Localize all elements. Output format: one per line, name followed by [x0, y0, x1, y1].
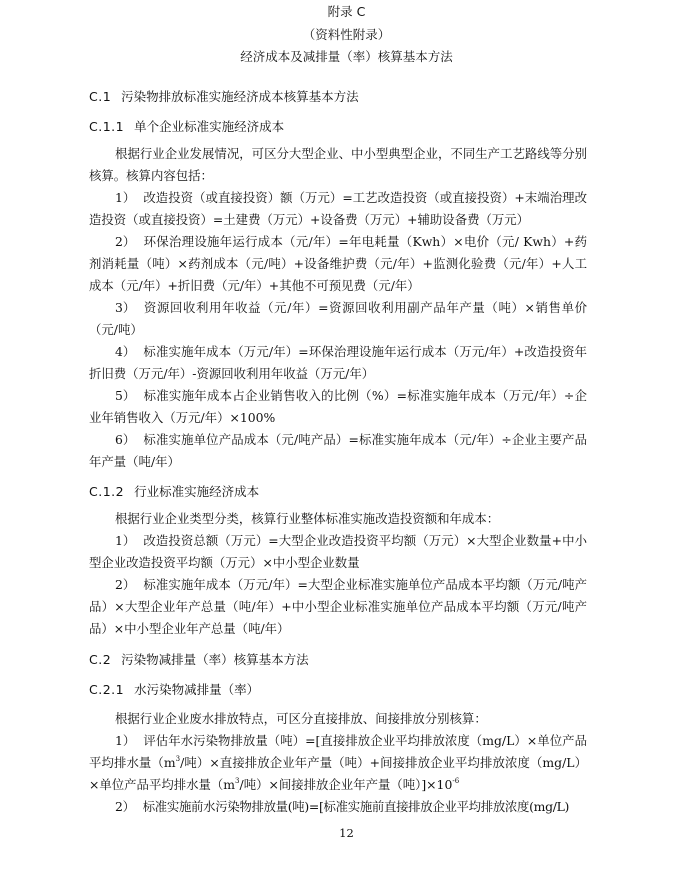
section-title: 行业标准实施经济成本: [134, 484, 259, 499]
section-number: C.1.1: [89, 119, 124, 134]
list-item: 6）标准实施单位产品成本（元/吨产品）=标准实施年成本（元/年）÷企业主要产品年…: [89, 429, 587, 473]
section-heading-c1-1: C.1.1单个企业标准实施经济成本: [89, 117, 284, 135]
section-title: 污染物排放标准实施经济成本核算基本方法: [121, 89, 359, 104]
paragraph-c1-1-intro: 根据行业企业发展情况，可区分大型企业、中小型典型企业，不同生产工艺路线等分别核算…: [89, 143, 587, 187]
list-item: 3）资源回收利用年收益（元/年）=资源回收利用副产品年产量（吨）×销售单价（元/…: [89, 297, 587, 341]
section-title: 污染物减排量（率）核算基本方法: [121, 652, 309, 667]
section-heading-c1-2: C.1.2行业标准实施经济成本: [89, 482, 259, 500]
appendix-type: （资料性附录）: [0, 25, 693, 43]
list-item: 5）标准实施年成本占企业销售收入的比例（%）=标准实施年成本（万元/年）÷企业年…: [89, 385, 587, 429]
list-item: 2）标准实施前水污染物排放量(吨)=[标准实施前直接排放企业平均排放浓度(mg/…: [89, 796, 587, 818]
section-heading-c2-1: C.2.1水污染物减排量（率）: [89, 680, 259, 698]
appendix-title: 经济成本及减排量（率）核算基本方法: [0, 47, 693, 65]
section-number: C.2: [89, 652, 111, 667]
list-item: 1）改造投资（或直接投资）额（万元）=工艺改造投资（或直接投资）+末端治理改造投…: [89, 187, 587, 231]
appendix-label: 附录 C: [0, 2, 693, 20]
list-item: 4）标准实施年成本（万元/年）=环保治理设施年运行成本（万元/年）+改造投资年折…: [89, 341, 587, 385]
paragraph-c1-2-intro: 根据行业企业类型分类，核算行业整体标准实施改造投资额和年成本：: [89, 508, 587, 530]
list-item: 2）标准实施年成本（万元/年）=大型企业标准实施单位产品成本平均额（万元/吨产品…: [89, 574, 587, 641]
section-heading-c1: C.1污染物排放标准实施经济成本核算基本方法: [89, 87, 359, 105]
section-number: C.1: [89, 89, 111, 104]
list-item: 2）环保治理设施年运行成本（元/年）=年电耗量（Kwh）×电价（元/ Kwh）+…: [89, 231, 587, 298]
section-number: C.2.1: [89, 682, 124, 697]
page-number: 12: [0, 826, 693, 840]
document-page: 附录 C （资料性附录） 经济成本及减排量（率）核算基本方法 C.1污染物排放标…: [0, 0, 693, 875]
list-item: 1）改造投资总额（万元）=大型企业改造投资平均额（万元）×大型企业数量+中小型企…: [89, 530, 587, 574]
section-number: C.1.2: [89, 484, 124, 499]
section-title: 单个企业标准实施经济成本: [134, 119, 284, 134]
list-item: 1）评估年水污染物排放量（吨）=[直接排放企业平均排放浓度（mg/L）×单位产品…: [89, 730, 587, 797]
section-heading-c2: C.2污染物减排量（率）核算基本方法: [89, 650, 309, 668]
paragraph-c2-1-intro: 根据行业企业废水排放特点，可区分直接排放、间接排放分别核算：: [89, 708, 587, 730]
section-title: 水污染物减排量（率）: [134, 682, 259, 697]
